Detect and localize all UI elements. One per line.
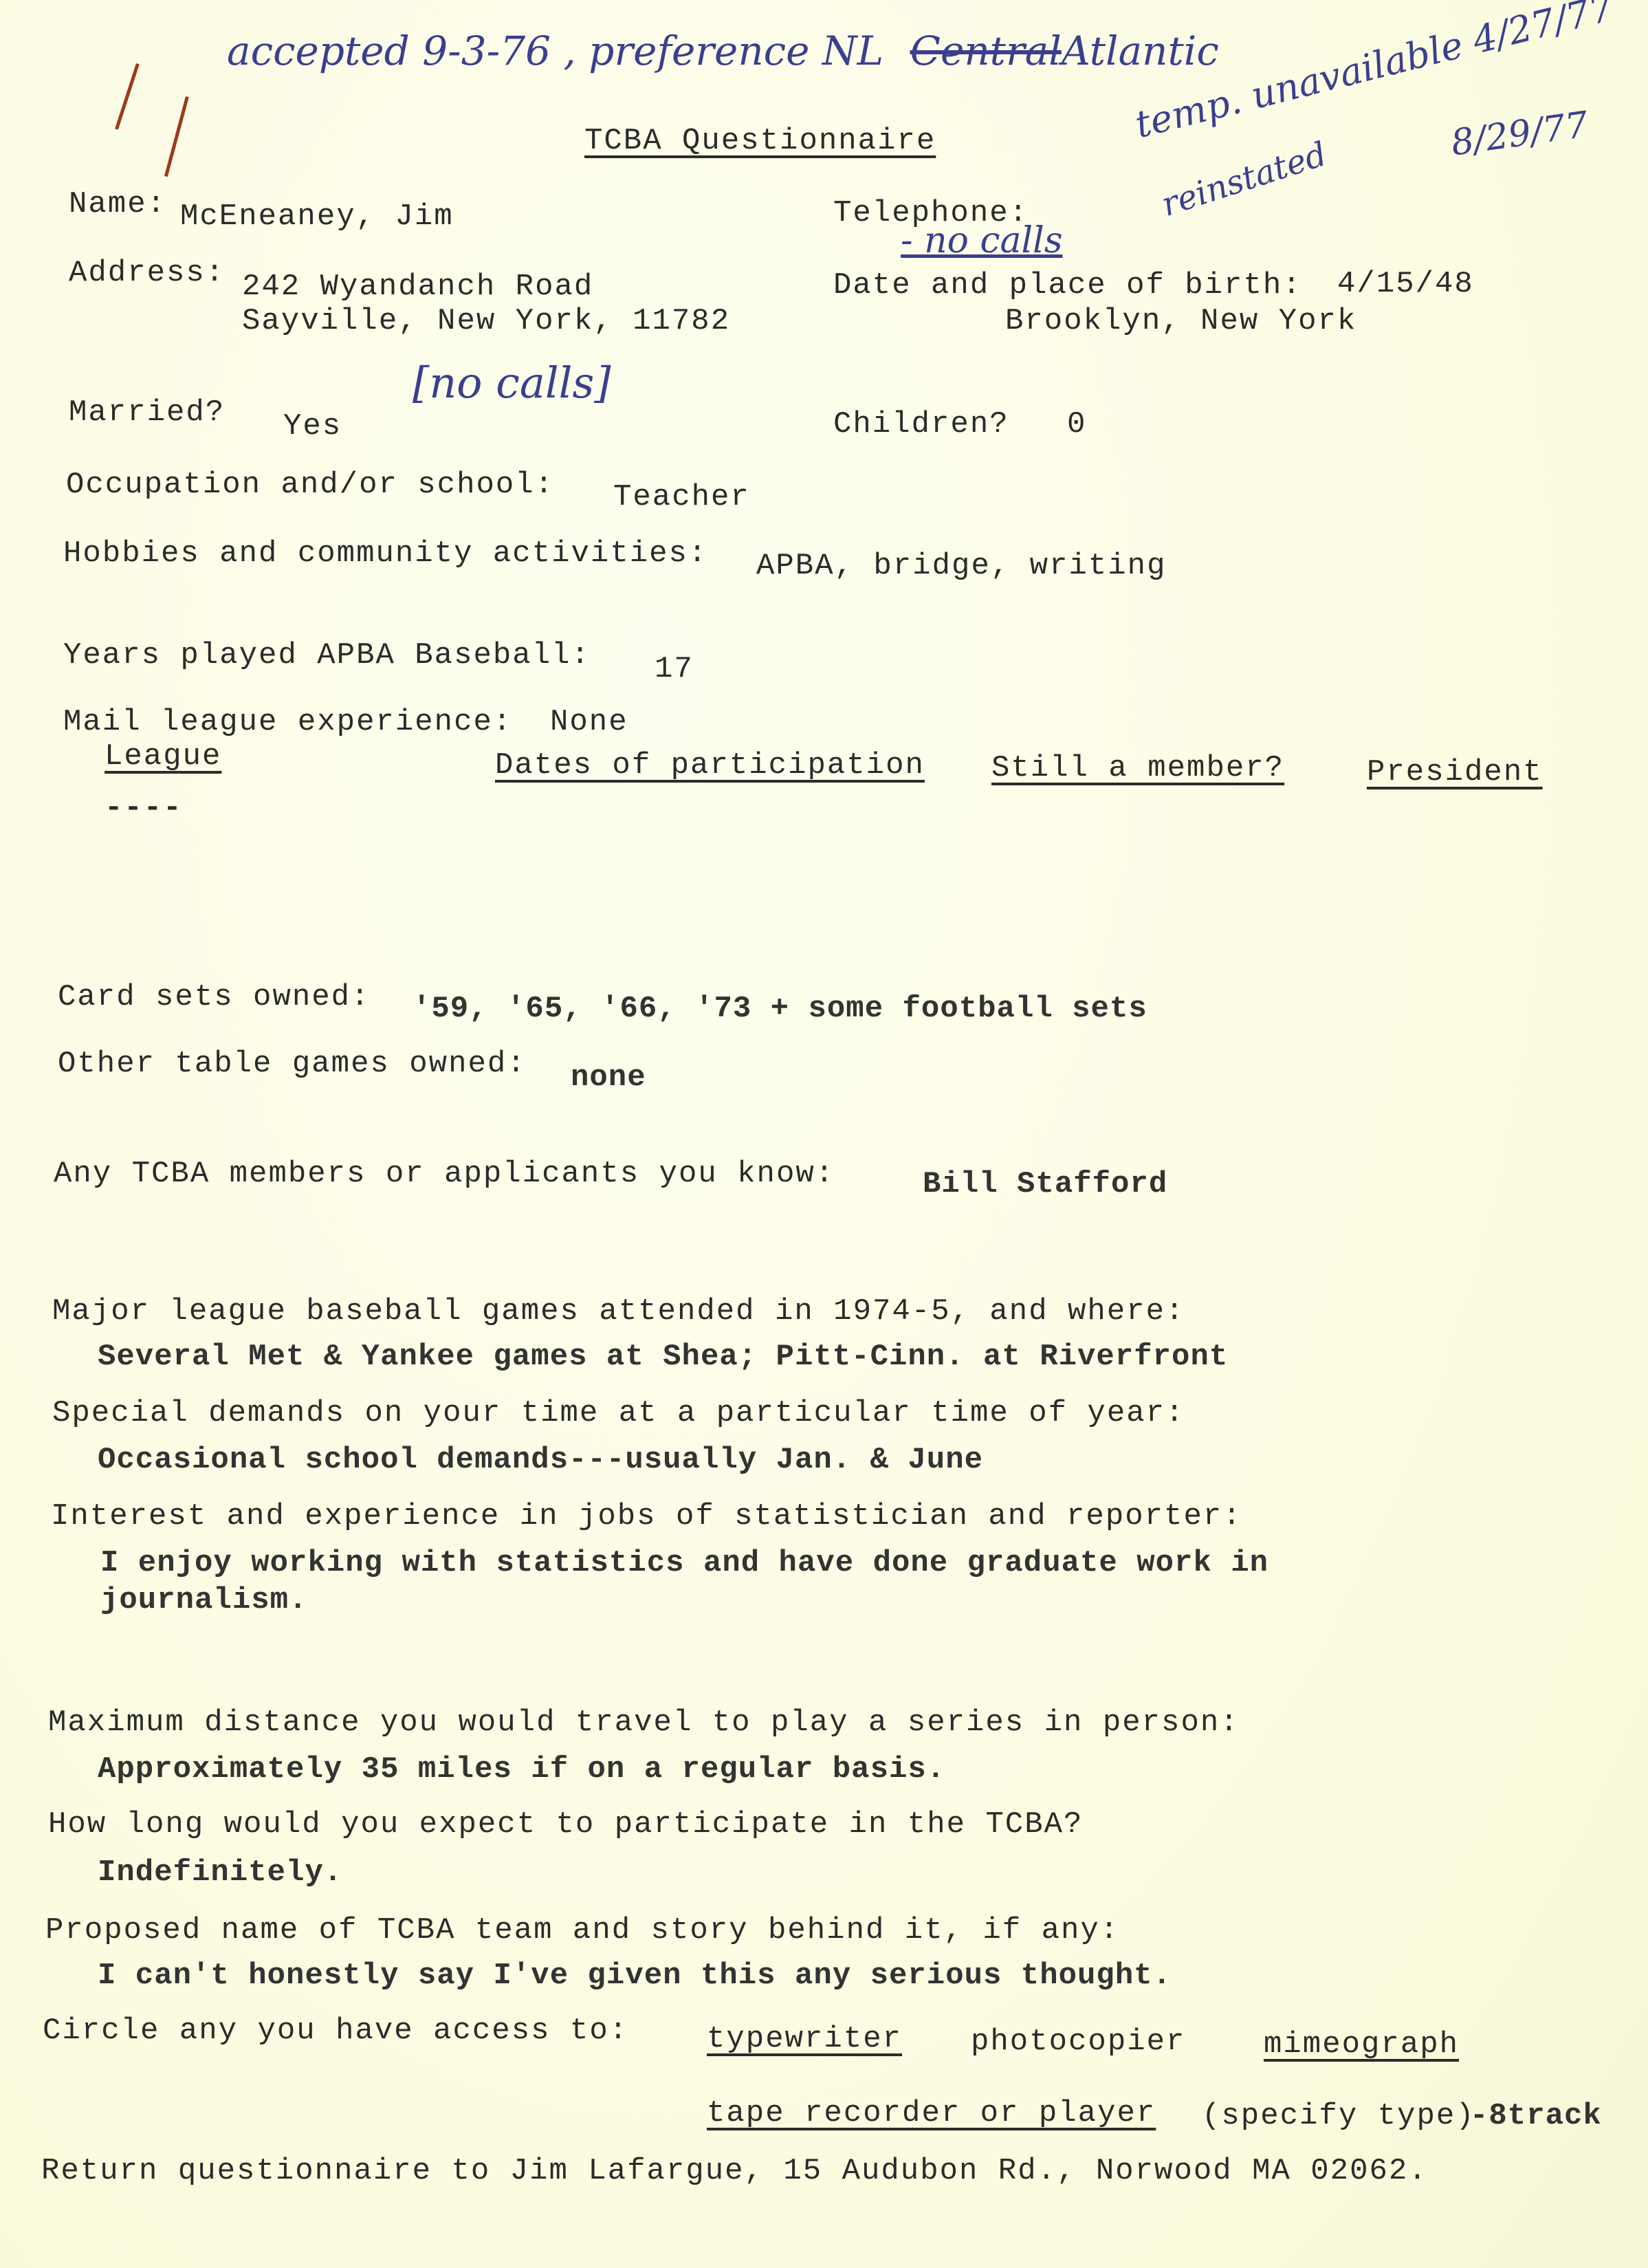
answer-2: Occasional school demands---usually Jan.…	[98, 1443, 983, 1477]
answer-6: I can't honestly say I've given this any…	[98, 1959, 1172, 1993]
children-value: 0	[1067, 407, 1086, 441]
league-col-header: League	[105, 739, 221, 774]
occupation-label: Occupation and/or school:	[66, 468, 554, 502]
president-col-header: President	[1367, 755, 1543, 789]
access-mimeograph[interactable]: mimeograph	[1264, 2027, 1459, 2062]
answer-3-line2: journalism.	[100, 1583, 307, 1617]
question-5: How long would you expect to participate…	[48, 1807, 1083, 1842]
birth-place: Brooklyn, New York	[1005, 304, 1356, 338]
hobbies-value: APBA, bridge, writing	[756, 549, 1167, 583]
years-value: 17	[655, 652, 694, 686]
question-1: Major league baseball games attended in …	[52, 1294, 1185, 1329]
access-typewriter[interactable]: typewriter	[707, 2022, 902, 2056]
years-label: Years played APBA Baseball:	[63, 638, 591, 673]
handwritten-acceptance: accepted 9-3-76 , preference NL CentralA…	[227, 28, 1219, 74]
mail-league-label: Mail league experience:	[63, 705, 512, 739]
hobbies-label: Hobbies and community activities:	[63, 536, 707, 571]
access-specify: (specify type)	[1202, 2099, 1475, 2133]
card-sets-value: '59, '65, '66, '73 + some football sets	[413, 992, 1147, 1026]
access-photocopier[interactable]: photocopier	[971, 2025, 1185, 2059]
question-3: Interest and experience in jobs of stati…	[51, 1499, 1242, 1534]
league-row-value: ----	[105, 791, 183, 825]
name-label: Name:	[69, 187, 166, 221]
question-4: Maximum distance you would travel to pla…	[48, 1705, 1240, 1740]
question-6: Proposed name of TCBA team and story beh…	[45, 1913, 1119, 1948]
question-2: Special demands on your time at a partic…	[52, 1396, 1185, 1430]
handwritten-no-calls-address: [no calls]	[413, 358, 611, 408]
married-label: Married?	[69, 395, 225, 430]
telephone-label: Telephone:	[833, 196, 1029, 230]
answer-1: Several Met & Yankee games at Shea; Pitt…	[98, 1340, 1228, 1374]
address-label: Address:	[69, 256, 225, 290]
card-sets-label: Card sets owned:	[58, 980, 370, 1014]
access-specify-answer: -8track	[1470, 2099, 1602, 2133]
birth-label: Date and place of birth:	[833, 268, 1302, 303]
answer-4: Approximately 35 miles if on a regular b…	[98, 1752, 945, 1787]
answer-5: Indefinitely.	[98, 1855, 342, 1890]
member-col-header: Still a member?	[991, 751, 1284, 785]
occupation-value: Teacher	[613, 480, 750, 514]
other-games-value: none	[571, 1060, 646, 1095]
address-line1: 242 Wyandanch Road	[242, 270, 593, 304]
address-line2: Sayville, New York, 11782	[242, 304, 730, 338]
access-label: Circle any you have access to:	[43, 2014, 628, 2048]
answer-3-line1: I enjoy working with statistics and have…	[100, 1546, 1268, 1580]
children-label: Children?	[833, 407, 1009, 441]
mail-league-value: None	[550, 705, 628, 739]
birth-date: 4/15/48	[1337, 267, 1474, 301]
name-value: McEneaney, Jim	[180, 199, 454, 234]
return-instructions: Return questionnaire to Jim Lafargue, 15…	[41, 2154, 1428, 2188]
married-value: Yes	[283, 409, 342, 444]
members-known-label: Any TCBA members or applicants you know:	[54, 1157, 835, 1191]
struck-word: Central	[910, 28, 1062, 74]
members-known-value: Bill Stafford	[923, 1167, 1167, 1201]
other-games-label: Other table games owned:	[58, 1047, 527, 1081]
access-tape-recorder[interactable]: tape recorder or player	[707, 2096, 1156, 2130]
dates-col-header: Dates of participation	[495, 748, 925, 783]
page-title: TCBA Questionnaire	[584, 124, 936, 158]
